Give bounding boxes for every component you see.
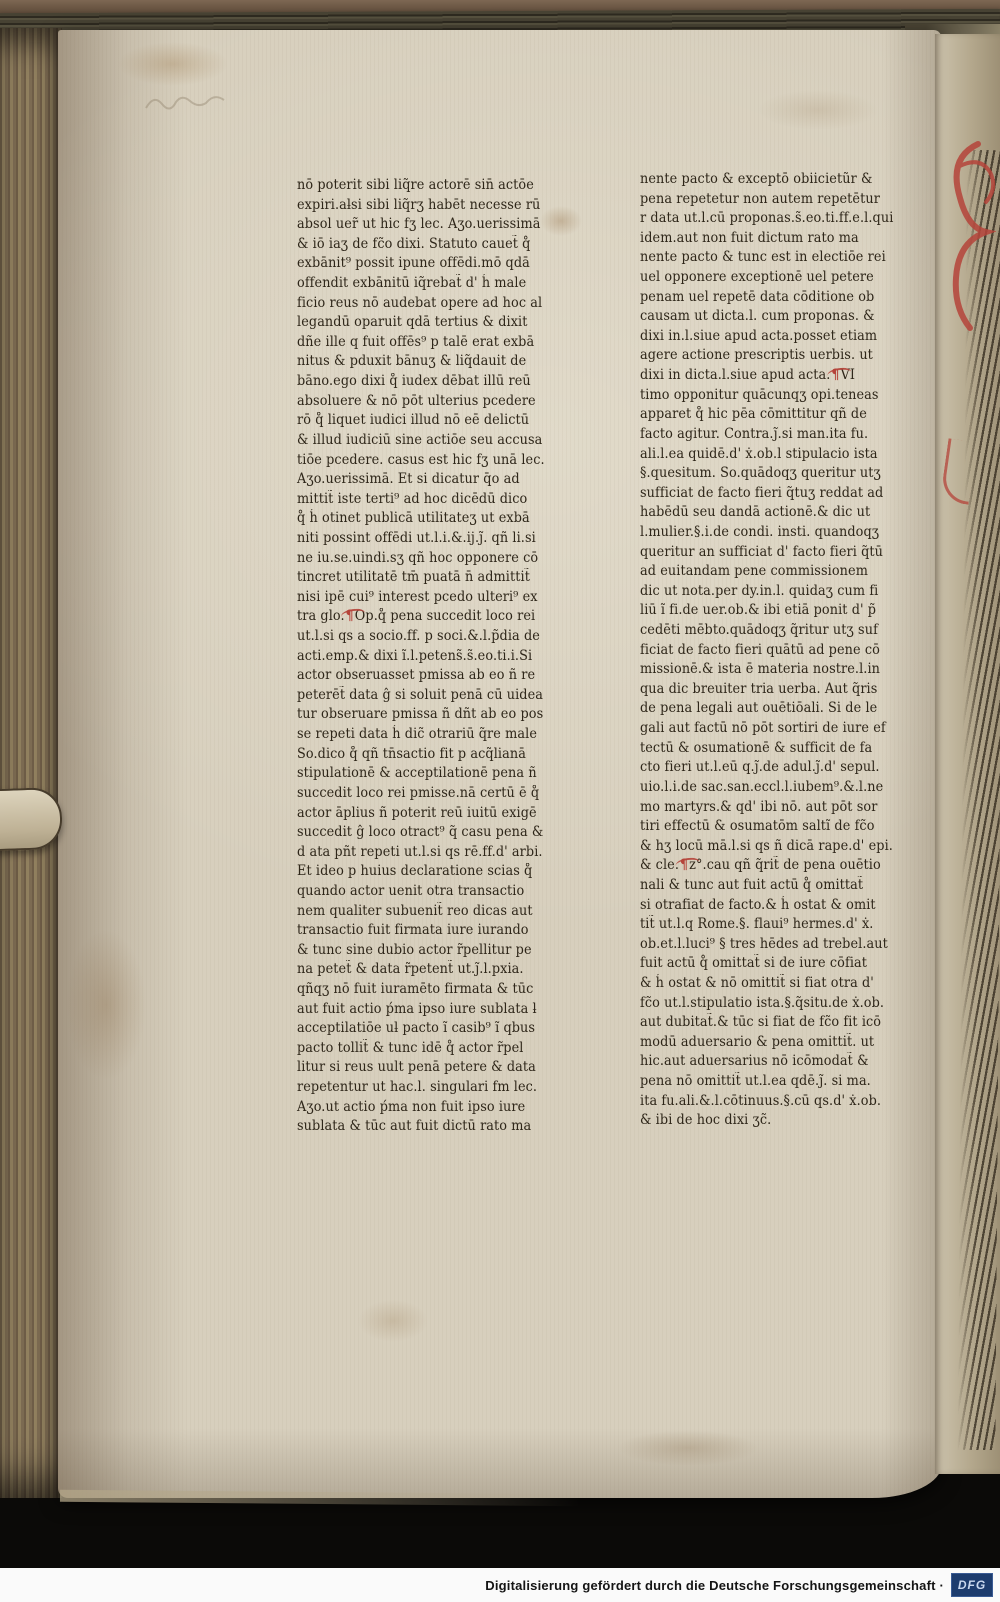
text-line: timo opponitur quācunqʒ opi.teneas <box>640 386 887 406</box>
text-line: fc̃o ut.l.stipulatio ista.§.q̃situ.de ẋ.… <box>640 994 887 1014</box>
text-line: & tunc sine dubio actor r̃pellitur pe <box>297 941 531 961</box>
text-line: & illud iudiciū sine actiōe seu accusa <box>297 431 531 451</box>
text-line: & cle.¶z°.cau qñ q̃rit̃ de pena ouētio <box>640 856 887 876</box>
text-line: tur obseruare pmissa ñ dñt ab eo pos <box>297 705 531 725</box>
text-line: ficiat de facto fieri quātū ad pene cō <box>640 641 887 661</box>
paper-stain <box>66 930 146 1080</box>
text-line: succedit ĝ loco otract⁹ q̃ casu pena & <box>297 823 531 843</box>
text-line: Aʒo.ut actio ṕma non fuit ipso iure <box>297 1098 531 1118</box>
text-line: Aʒo.uerissimā. Et si dicatur q̄o ad <box>297 470 531 490</box>
text-line: idem.aut non fuit dictum rato ma <box>640 229 887 249</box>
text-line: aut dubitat̃.& tūc si fiat de fc̃o fit i… <box>640 1013 887 1033</box>
text-line: r data ut.l.cū proponas.s̃.eo.ti.ff.e.l.… <box>640 209 887 229</box>
text-line: tiōe pcedere. casus est hic fʒ unā lec. <box>297 451 531 471</box>
paper-stain <box>758 90 878 130</box>
text-line: & h́ ostat & nō omittit̃ si fiat otra d' <box>640 974 887 994</box>
text-line: tiri effectū & osumatōm saltĩ de fc̃o <box>640 817 887 837</box>
text-line: q̊ h́ otinet publicā utilitateʒ ut exbā <box>297 509 531 529</box>
text-line: litur si reus uult penā petere & data <box>297 1058 531 1078</box>
text-line: qua dic breuiter tria uerba. Aut q̃ris <box>640 680 887 700</box>
text-line: ficio reus nō audebat opere ad hoc al <box>297 294 531 314</box>
text-line: succedit loco rei pmisse.nā certū ē q̊ <box>297 784 531 804</box>
text-line: So.dico q̊ qñ tn̄sactio fit p acq̃lianā <box>297 745 531 765</box>
text-line: cedēti mēbto.quādoqʒ q̃ritur utʒ suf <box>640 621 887 641</box>
text-line: nem qualiter subuenit̃ reo dicas aut <box>297 902 531 922</box>
text-line: transactio fuit firmata iure iurando <box>297 921 531 941</box>
text-line: & iō iaʒ de fc̃o dixi. Statuto cauet̃ q̊ <box>297 235 531 255</box>
text-line: ita fu.ali.&.l.cōtinuus.§.cū qs.d' ẋ.ob. <box>640 1092 887 1112</box>
text-line: uel opponere exceptionē uel petere <box>640 268 887 288</box>
footer-credit-bar: Digitalisierung gefördert durch die Deut… <box>0 1568 1000 1602</box>
text-line: apparet q̊ hic pēa cōmittitur qñ de <box>640 405 887 425</box>
text-line: nitus & pduxit bānuʒ & liq̃dauit de <box>297 352 531 372</box>
text-line: ad euitandam pene commissionem <box>640 562 887 582</box>
text-line: nente pacto & tunc est in electiōe rei <box>640 248 887 268</box>
text-line: modū aduersario & pena omittit̃. ut <box>640 1033 887 1053</box>
text-line: Et ideo p huius declaratione scias q̊ <box>297 862 531 882</box>
dfg-logo: DFG <box>951 1573 993 1597</box>
text-line: pena repetetur non autem repetētur <box>640 190 887 210</box>
text-line: tit̃ ut.l.q Rome.§. flaui⁹ hermes.d' ẋ. <box>640 915 887 935</box>
text-line: gali aut factū nō pōt sortiri de iure ef <box>640 719 887 739</box>
text-line: cto fieri ut.l.eū q.j̃.de adul.j̃.d' sep… <box>640 758 887 778</box>
text-line: repetentur ut hac.l. singulari fm lec. <box>297 1078 531 1098</box>
text-line: rō q̊ liquet iudici illud nō eē delictū <box>297 411 531 431</box>
text-line: penam uel repetē data cōditione ob <box>640 288 887 308</box>
rubric-pilcrow: ¶ <box>830 367 840 383</box>
text-line: peterēt̃ data ĝ si soluit penā cū uidea <box>297 686 531 706</box>
text-line: dixi in.l.siue apud acta.posset etiam <box>640 327 887 347</box>
text-line: quando actor uenit otra transactio <box>297 882 531 902</box>
text-line: actor āplius ñ poterit reū iuitū exigē <box>297 804 531 824</box>
text-line: l.mulier.§.i.de condi. insti. quandoqʒ <box>640 523 887 543</box>
rubric-pilcrow: ¶ <box>679 857 689 873</box>
text-line: hic.aut aduersarius nō icōmodat̃ & <box>640 1052 887 1072</box>
text-line: aut fuit actio ṕma ipso iure sublata ƚ <box>297 1000 531 1020</box>
text-line: missionē.& ista ē materia nostre.l.in <box>640 660 887 680</box>
text-line: mittit̃ iste terti⁹ ad hoc dicēdū dico <box>297 490 531 510</box>
text-line: sufficiat de facto fieri q̃tuʒ reddat ad <box>640 484 887 504</box>
text-line: facto agitur. Contra.j̃.si man.ita fu. <box>640 425 887 445</box>
text-line: ut.l.si qs a socio.ff. p soci.&.l.p̃dia … <box>297 627 531 647</box>
text-line: nisi ipē cui⁹ interest pcedo ulteri⁹ ex <box>297 588 531 608</box>
text-line: expiri.aƚsi sibi liq̃rʒ habēt necesse rū <box>297 196 531 216</box>
rubric-pilcrow: ¶ <box>345 608 355 624</box>
text-line: tectū & osumationē & sufficit de fa <box>640 739 887 759</box>
text-line: pena nō omittit̃ ut.l.ea qdē.j̃. si ma. <box>640 1072 887 1092</box>
text-line: si otrafiat de facto.& h́ ostat & omit <box>640 896 887 916</box>
text-line: acti.emp.& dixi ĩ.l.petens̃.s̃.eo.ti.i.S… <box>297 647 531 667</box>
text-line: habēdū seu dandā actionē.& dic ut <box>640 503 887 523</box>
text-line: legandū oparuit qdā tertius & dixit <box>297 313 531 333</box>
text-line: ne iu.se.uindi.sʒ qñ hoc opponere cō <box>297 549 531 569</box>
text-line: dixi in dicta.l.siue apud acta.¶VI <box>640 366 887 386</box>
text-column-right: nente pacto & exceptō obiicietũr &pena r… <box>640 170 906 1131</box>
text-line: §.quesitum. So.quādoqʒ queritur utʒ <box>640 464 887 484</box>
text-line: stipulationē & acceptilationē pena ñ <box>297 764 531 784</box>
text-line: tincret utilitatē tm̄ puatā n̄ admittit̃ <box>297 568 531 588</box>
faint-inscription <box>140 88 250 118</box>
text-line: tra glo.¶Op.q̊ pena succedit loco rei <box>297 607 531 627</box>
text-line: niti possint offēdi ut.l.i.&.ij.j̃. qñ l… <box>297 529 531 549</box>
text-line: & hʒ locū mā.l.si qs ñ dicā rape.d' epi. <box>640 837 887 857</box>
paper-stain <box>118 42 228 86</box>
credit-text: Digitalisierung gefördert durch die Deut… <box>485 1578 944 1593</box>
text-column-left: nō poterit sibi liq̃re actorē sin̄ actōe… <box>297 176 549 1137</box>
text-line: pacto tollit̃ & tunc idē q̊ actor r̃pel <box>297 1039 531 1059</box>
text-line: nō poterit sibi liq̃re actorē sin̄ actōe <box>297 176 531 196</box>
text-line: agere actione prescriptis uerbis. ut <box>640 346 887 366</box>
text-line: actor obseruasset pmissa ab eo ñ re <box>297 666 531 686</box>
book-scan-photograph: { "page": { "type": "incunabulum-two-col… <box>0 0 1000 1602</box>
text-line: ali.l.ea quidē.d' ẋ.ob.l stipulacio ista <box>640 445 887 465</box>
text-line: sublata & tūc aut fuit dictū rato ma <box>297 1117 531 1137</box>
paper-stain <box>358 1300 428 1342</box>
text-line: absoluere & nō pōt ulterius pcedere <box>297 392 531 412</box>
text-line: exbānit⁹ possit ipune offēdi.mō qdā <box>297 254 531 274</box>
text-line: nente pacto & exceptō obiicietũr & <box>640 170 887 190</box>
text-line: causam ut dicta.l. cum proponas. & <box>640 307 887 327</box>
text-line: na petet̃ & data r̃petent̃ ut.j̃.l.pxia. <box>297 960 531 980</box>
text-line: se repeti data h́ dic̃ otrariū q̃re male <box>297 725 531 745</box>
text-line: nali & tunc aut fuit actū q̊ omittat̃ <box>640 876 887 896</box>
text-line: fuit actū q̊ omittat̃ si de iure cōfiat <box>640 954 887 974</box>
text-line: mo martyrs.& qd' ibi nō. aut pōt sor <box>640 798 887 818</box>
text-line: de pena legali aut ouētiōali. Si de le <box>640 699 887 719</box>
text-line: liū ĩ fi.de uer.ob.& ibi etiā ponit d' p… <box>640 601 887 621</box>
text-line: offendit exbānitū iq̃rebat̃ d' h́ male <box>297 274 531 294</box>
text-line: bāno.ego dixi q̊ iudex dēbat illū reū <box>297 372 531 392</box>
text-line: queritur an sufficiat d' facto fieri q̃t… <box>640 543 887 563</box>
text-line: qñqʒ nō fuit iuramēto firmata & tūc <box>297 980 531 1000</box>
left-page-stack-edges <box>0 28 62 1498</box>
text-line: uio.l.i.de sac.san.eccl.l.iubem⁹.&.l.ne <box>640 778 887 798</box>
text-line: & ibi de hoc dixi ʒc̃. <box>640 1111 887 1131</box>
paper-stain <box>618 1430 758 1466</box>
text-line: dñe ille q fuit offēs⁹ p talē erat exbā <box>297 333 531 353</box>
text-line: d ata pñt repeti ut.l.si qs rē.ff.d' arb… <box>297 843 531 863</box>
text-line: absol uer̃ ut hic fʒ lec. Aʒo.uerissimā <box>297 215 531 235</box>
text-line: dic ut nota.per dy.in.l. quidaʒ cum fi <box>640 582 887 602</box>
red-initial-next-page <box>938 136 996 336</box>
text-line: acceptilatiōe uƚ pacto ĩ casib⁹ ĩ qbus <box>297 1019 531 1039</box>
text-line: ob.et.l.luci⁹ § tres hēdes ad trebel.aut <box>640 935 887 955</box>
